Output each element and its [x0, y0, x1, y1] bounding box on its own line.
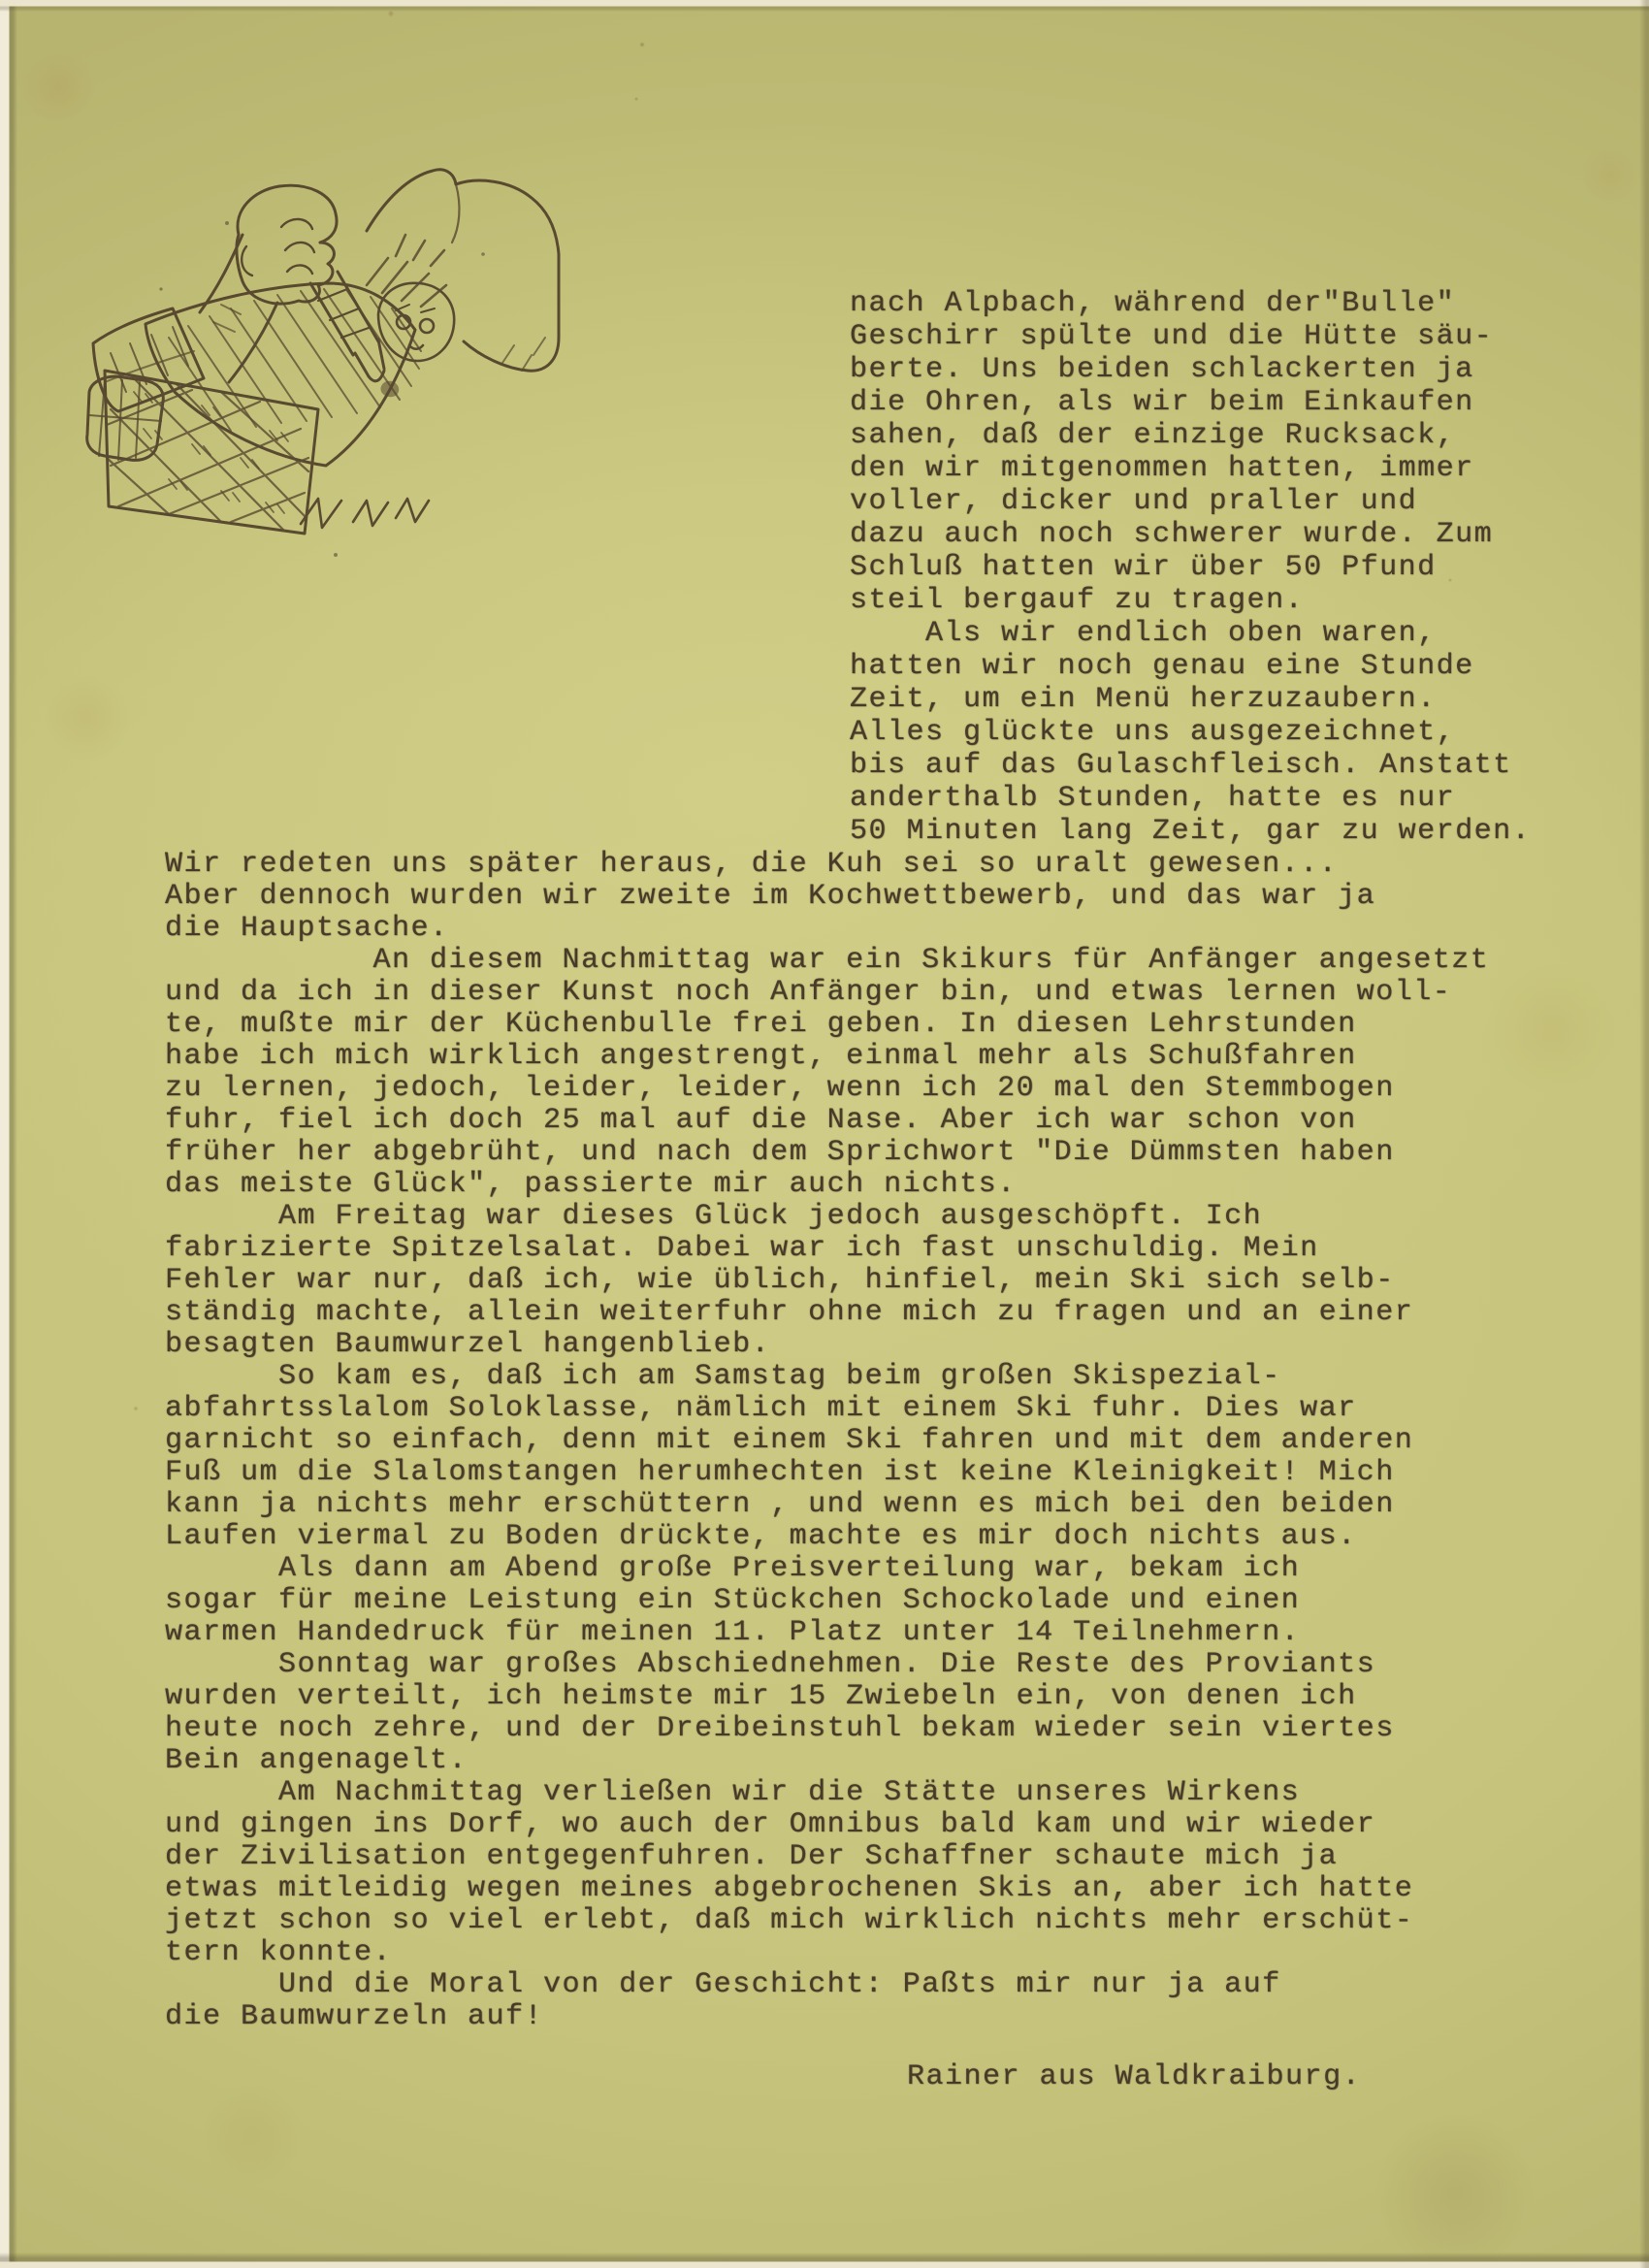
page-edge-right [1639, 0, 1649, 2268]
page-edge-top [0, 0, 1649, 12]
signature-squiggle [301, 499, 429, 528]
letter-right-column: nach Alpbach, während der"Bulle" Geschir… [850, 287, 1531, 848]
ink-sketch-illustration [76, 138, 561, 594]
page-edge-left [0, 0, 17, 2268]
mattress-hatched [145, 283, 421, 466]
pillow [367, 170, 559, 371]
page-edge-bottom [0, 2252, 1649, 2268]
letter-body: Wir redeten uns später heraus, die Kuh s… [165, 849, 1489, 2033]
letter-signature: Rainer aus Waldkraiburg. [907, 2061, 1361, 2093]
scanned-letter-page: nach Alpbach, während der"Bulle" Geschir… [0, 0, 1649, 2268]
